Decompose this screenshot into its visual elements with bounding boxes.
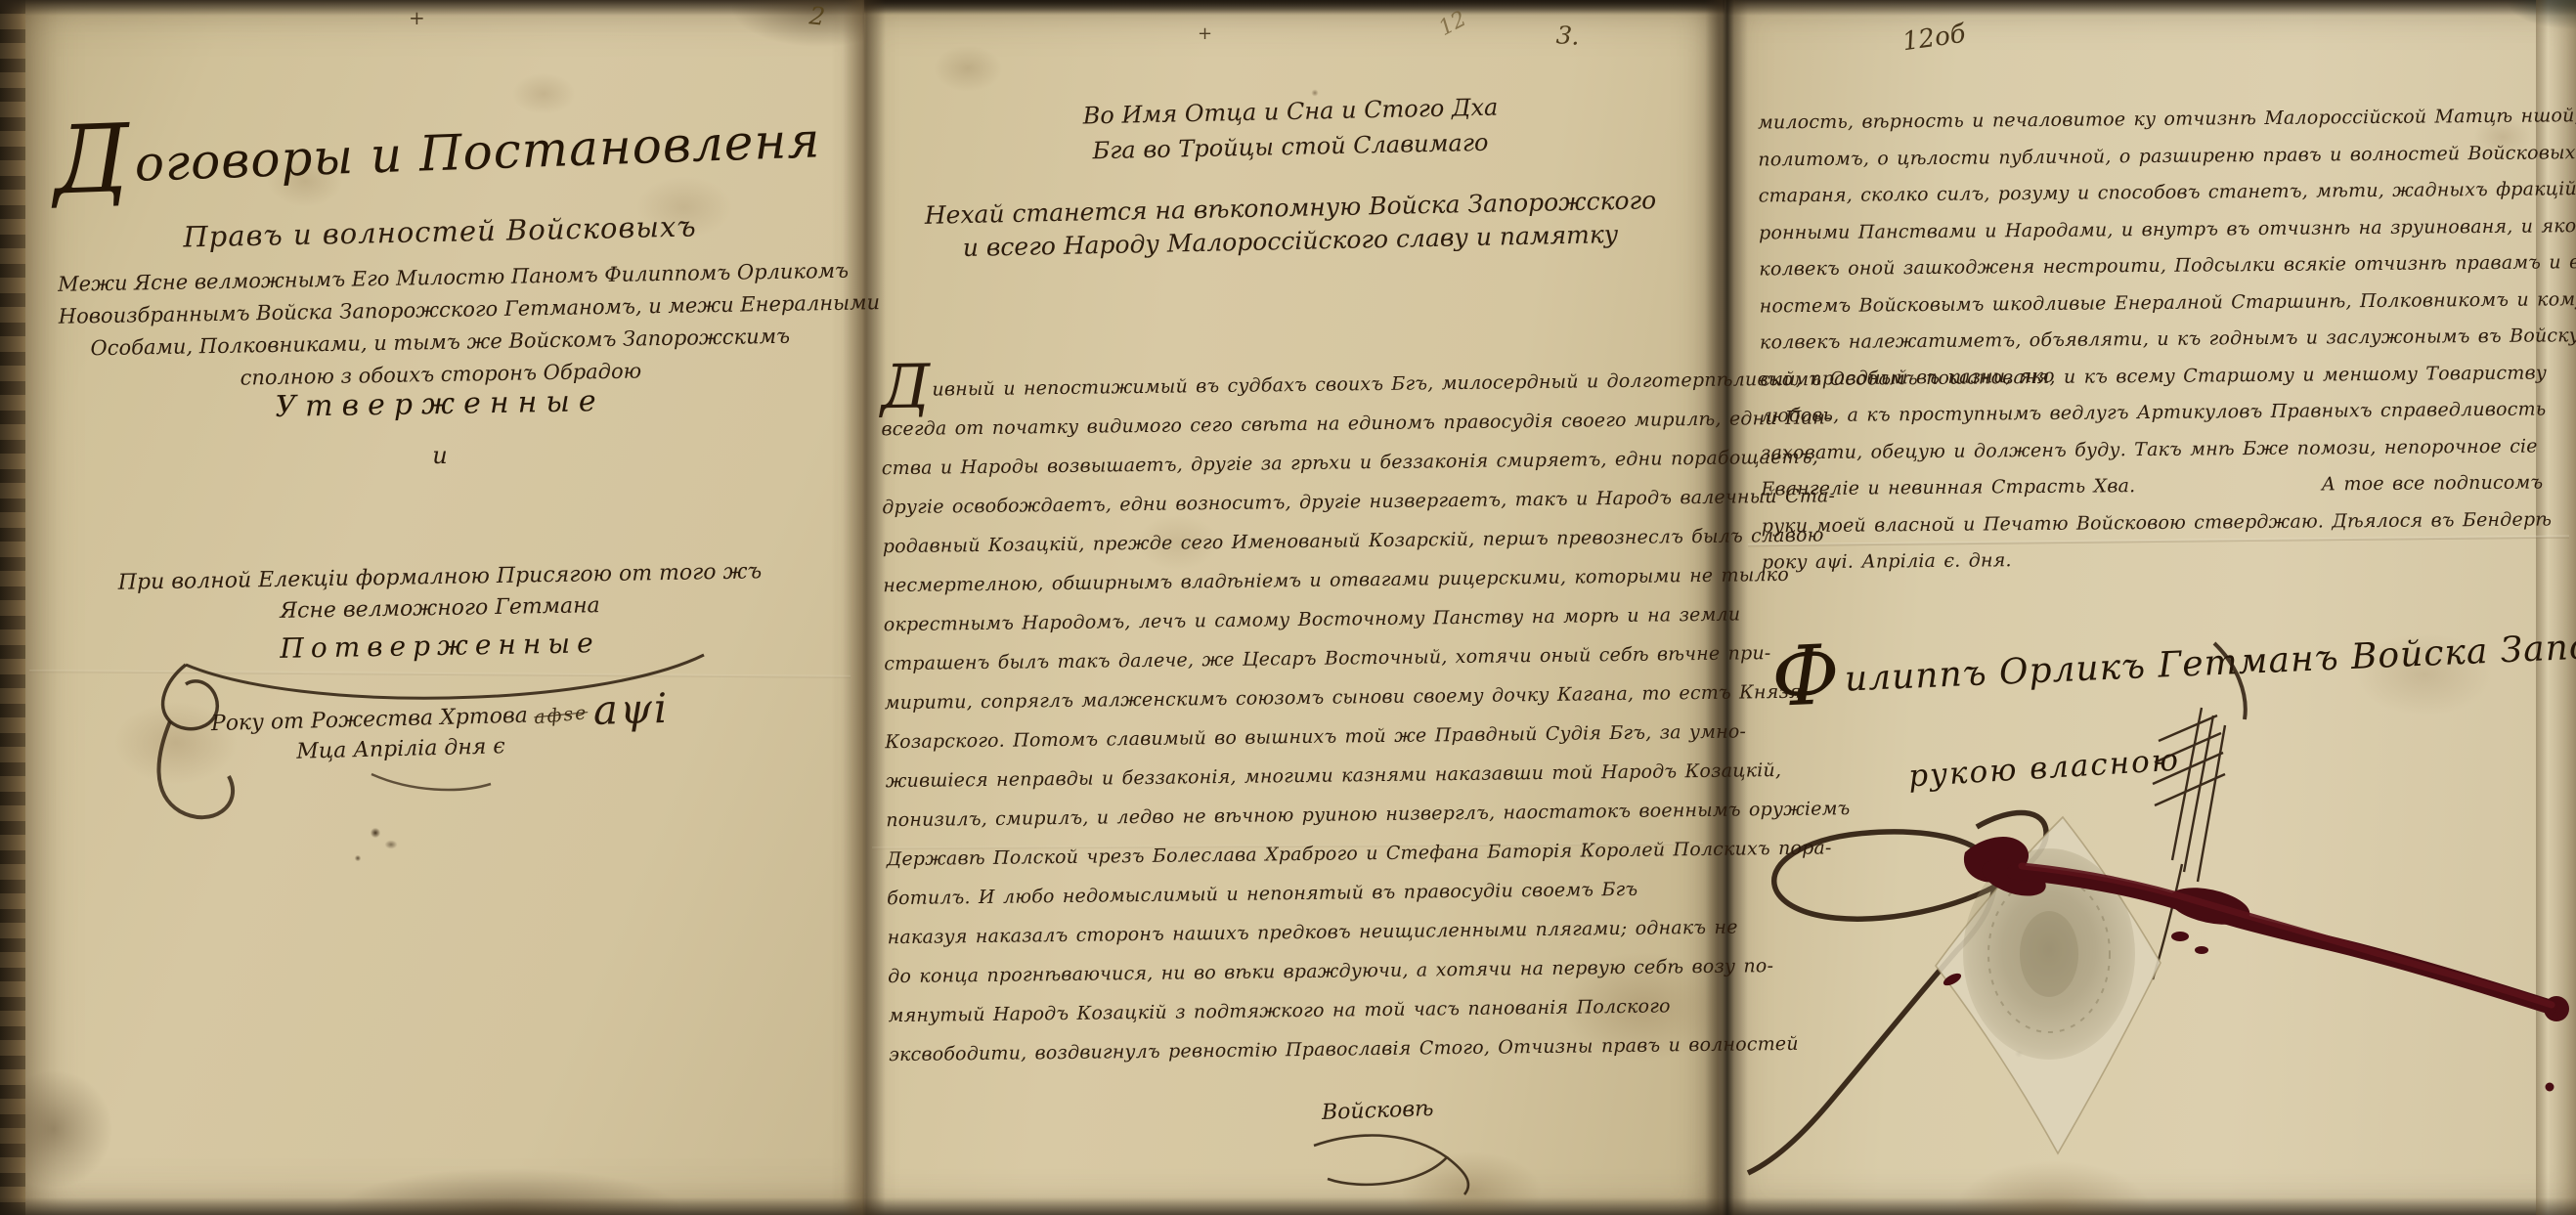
signature-initial-swash: Ф bbox=[1769, 627, 1843, 725]
manuscript-line: руки моей власной и Печатю Войсковою ств… bbox=[1761, 501, 2543, 544]
title-initial-swash: Д bbox=[52, 104, 133, 216]
oath-close-left: Евангеліе и невинная Страсть Хва. bbox=[1761, 468, 2135, 508]
date-place-line: року аψі. Апріліа є. дня. bbox=[1762, 539, 2544, 582]
paragraph-initial-swash: Д bbox=[880, 351, 930, 423]
manuscript-line: милость, вѣрность и печаловитое ку отчиз… bbox=[1758, 99, 2540, 142]
date-prefix: Року от Рожества Хртова bbox=[211, 704, 529, 736]
book-spine bbox=[0, 0, 25, 1215]
struck-out-text: афѕе bbox=[533, 702, 589, 728]
conjunction: и bbox=[68, 442, 811, 469]
main-text-block: Дивный и непостижимый въ судбахъ своихъ … bbox=[881, 361, 1723, 1074]
page-number: 2 bbox=[808, 1, 827, 31]
catchword: Войсковѣ bbox=[1322, 1097, 1434, 1125]
manuscript-photo: + 2 Договоры и Постановленя Правъ и волн… bbox=[0, 0, 2576, 1215]
manuscript-line: Евангеліе и невинная Страсть Хва.А тое в… bbox=[1761, 465, 2543, 508]
year-cyrillic-numerals: аψі bbox=[592, 684, 670, 734]
manuscript-line: колвекъ належатиметъ, объявляти, и къ го… bbox=[1760, 319, 2542, 362]
manuscript-line: любовь, а къ проступнымъ ведлугъ Артикул… bbox=[1761, 392, 2543, 435]
manuscript-line: колвекъ оной зашкодженя нестроити, Подсы… bbox=[1759, 245, 2541, 288]
cross-mark: + bbox=[1198, 23, 1212, 44]
oath-text-block: милость, вѣрность и печаловитое ку отчиз… bbox=[1758, 99, 2544, 582]
manuscript-line: стараня, сколко силъ, розуму и способовъ… bbox=[1759, 172, 2541, 215]
title-paragraph: Межи Ясне велможнымъ Его Милостю Паномъ … bbox=[58, 255, 822, 398]
cross-mark: + bbox=[409, 6, 425, 29]
page-number: 3. bbox=[1555, 21, 1581, 51]
oath-close-right: А тое все подписомъ bbox=[2321, 465, 2543, 503]
